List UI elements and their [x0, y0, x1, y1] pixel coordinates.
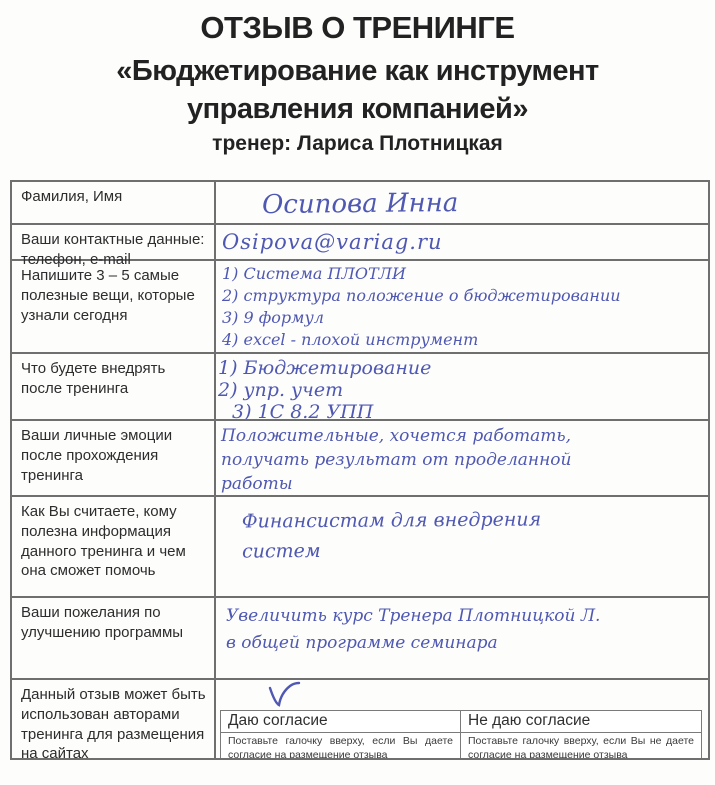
- table-row: Что будете внедрять после тренинга 1) Бю…: [12, 354, 708, 421]
- row-label: Ваши контактные данные: телефон, e-mail: [12, 225, 216, 259]
- trainer-line: тренер: Лариса Плотницкая: [0, 132, 715, 156]
- table-row: Как Вы считаете, кому полезна информация…: [12, 497, 708, 598]
- answer-line: Положительные, хочется работать,: [221, 424, 708, 448]
- answer-line: 2) структура положение о бюджетировании: [222, 285, 708, 307]
- table-row: Данный отзыв может быть использован авто…: [12, 680, 708, 758]
- handwritten-answer: Увеличить курс Тренера Плотницкой Л. в о…: [216, 598, 708, 678]
- answer-line: Увеличить курс Тренера Плотницкой Л.: [226, 603, 708, 630]
- subtitle-line-2: управления компанией»: [187, 93, 528, 125]
- handwritten-answer: 1) Система ПЛОТЛИ 2) структура положение…: [216, 261, 708, 352]
- answer-line: получать результат от проделанной: [221, 448, 708, 472]
- answer-line: Osipova@variag.ru: [222, 230, 708, 254]
- row-label: Данный отзыв может быть использован авто…: [12, 680, 216, 758]
- table-row: Напишите 3 – 5 самые полезные вещи, кото…: [12, 261, 708, 354]
- subtitle-line-1: «Бюджетирование как инструмент: [116, 55, 599, 87]
- answer-line: в общей программе семинара: [226, 630, 708, 657]
- row-label: Фамилия, Имя: [12, 182, 216, 223]
- answer-line: работы: [221, 472, 708, 495]
- consent-area: Даю согласие Поставьте галочку вверху, е…: [216, 680, 708, 758]
- handwritten-answer: 1) Бюджетирование 2) упр. учет 3) 1С 8.2…: [216, 354, 708, 419]
- consent-table: Даю согласие Поставьте галочку вверху, е…: [220, 710, 702, 758]
- answer-line: 4) excel - плохой инструмент: [222, 329, 708, 351]
- table-row: Фамилия, Имя Осипова Инна: [12, 182, 708, 225]
- handwritten-answer: Осипова Инна: [216, 179, 708, 225]
- document-header: ОТЗЫВ О ТРЕНИНГЕ «Бюджетирование как инс…: [0, 10, 715, 156]
- document-title: ОТЗЫВ О ТРЕНИНГЕ: [0, 10, 715, 46]
- row-label: Ваши личные эмоции после прохождения тре…: [12, 421, 216, 495]
- consent-checkmark-icon: [266, 681, 306, 709]
- handwritten-answer: Положительные, хочется работать, получат…: [216, 421, 708, 495]
- row-label: Что будете внедрять после тренинга: [12, 354, 216, 419]
- handwritten-answer: Osipova@variag.ru: [216, 225, 708, 259]
- row-label: Как Вы считаете, кому полезна информация…: [12, 497, 216, 596]
- consent-disagree-column: Не даю согласие Поставьте галочку вверху…: [461, 711, 701, 758]
- answer-line: 3) 1С 8.2 УПП: [218, 401, 708, 419]
- consent-agree-note: Поставьте галочку вверху, если Вы даете …: [221, 733, 460, 758]
- document-subtitle: «Бюджетирование как инструмент управлени…: [0, 52, 715, 128]
- consent-disagree-note: Поставьте галочку вверху, если Вы не дае…: [461, 733, 701, 758]
- answer-line: Финансистам для внедрения: [242, 503, 708, 536]
- consent-agree-column: Даю согласие Поставьте галочку вверху, е…: [221, 711, 461, 758]
- answer-line: 1) Система ПЛОТЛИ: [222, 263, 708, 285]
- answer-line: 2) упр. учет: [218, 379, 708, 401]
- table-row: Ваши личные эмоции после прохождения тре…: [12, 421, 708, 497]
- feedback-form-table: Фамилия, Имя Осипова Инна Ваши контактны…: [10, 180, 710, 760]
- answer-line: 1) Бюджетирование: [218, 357, 708, 379]
- row-label: Ваши пожелания по улучшению программы: [12, 598, 216, 678]
- table-row: Ваши пожелания по улучшению программы Ув…: [12, 598, 708, 680]
- consent-agree-title: Даю согласие: [221, 711, 460, 733]
- handwritten-answer: Финансистам для внедрения систем: [216, 495, 709, 597]
- answer-line: 3) 9 формул: [222, 307, 708, 329]
- answer-line: Осипова Инна: [262, 185, 708, 220]
- table-row: Ваши контактные данные: телефон, e-mail …: [12, 225, 708, 261]
- answer-line: систем: [242, 533, 708, 566]
- row-label: Напишите 3 – 5 самые полезные вещи, кото…: [12, 261, 216, 352]
- consent-disagree-title: Не даю согласие: [461, 711, 701, 733]
